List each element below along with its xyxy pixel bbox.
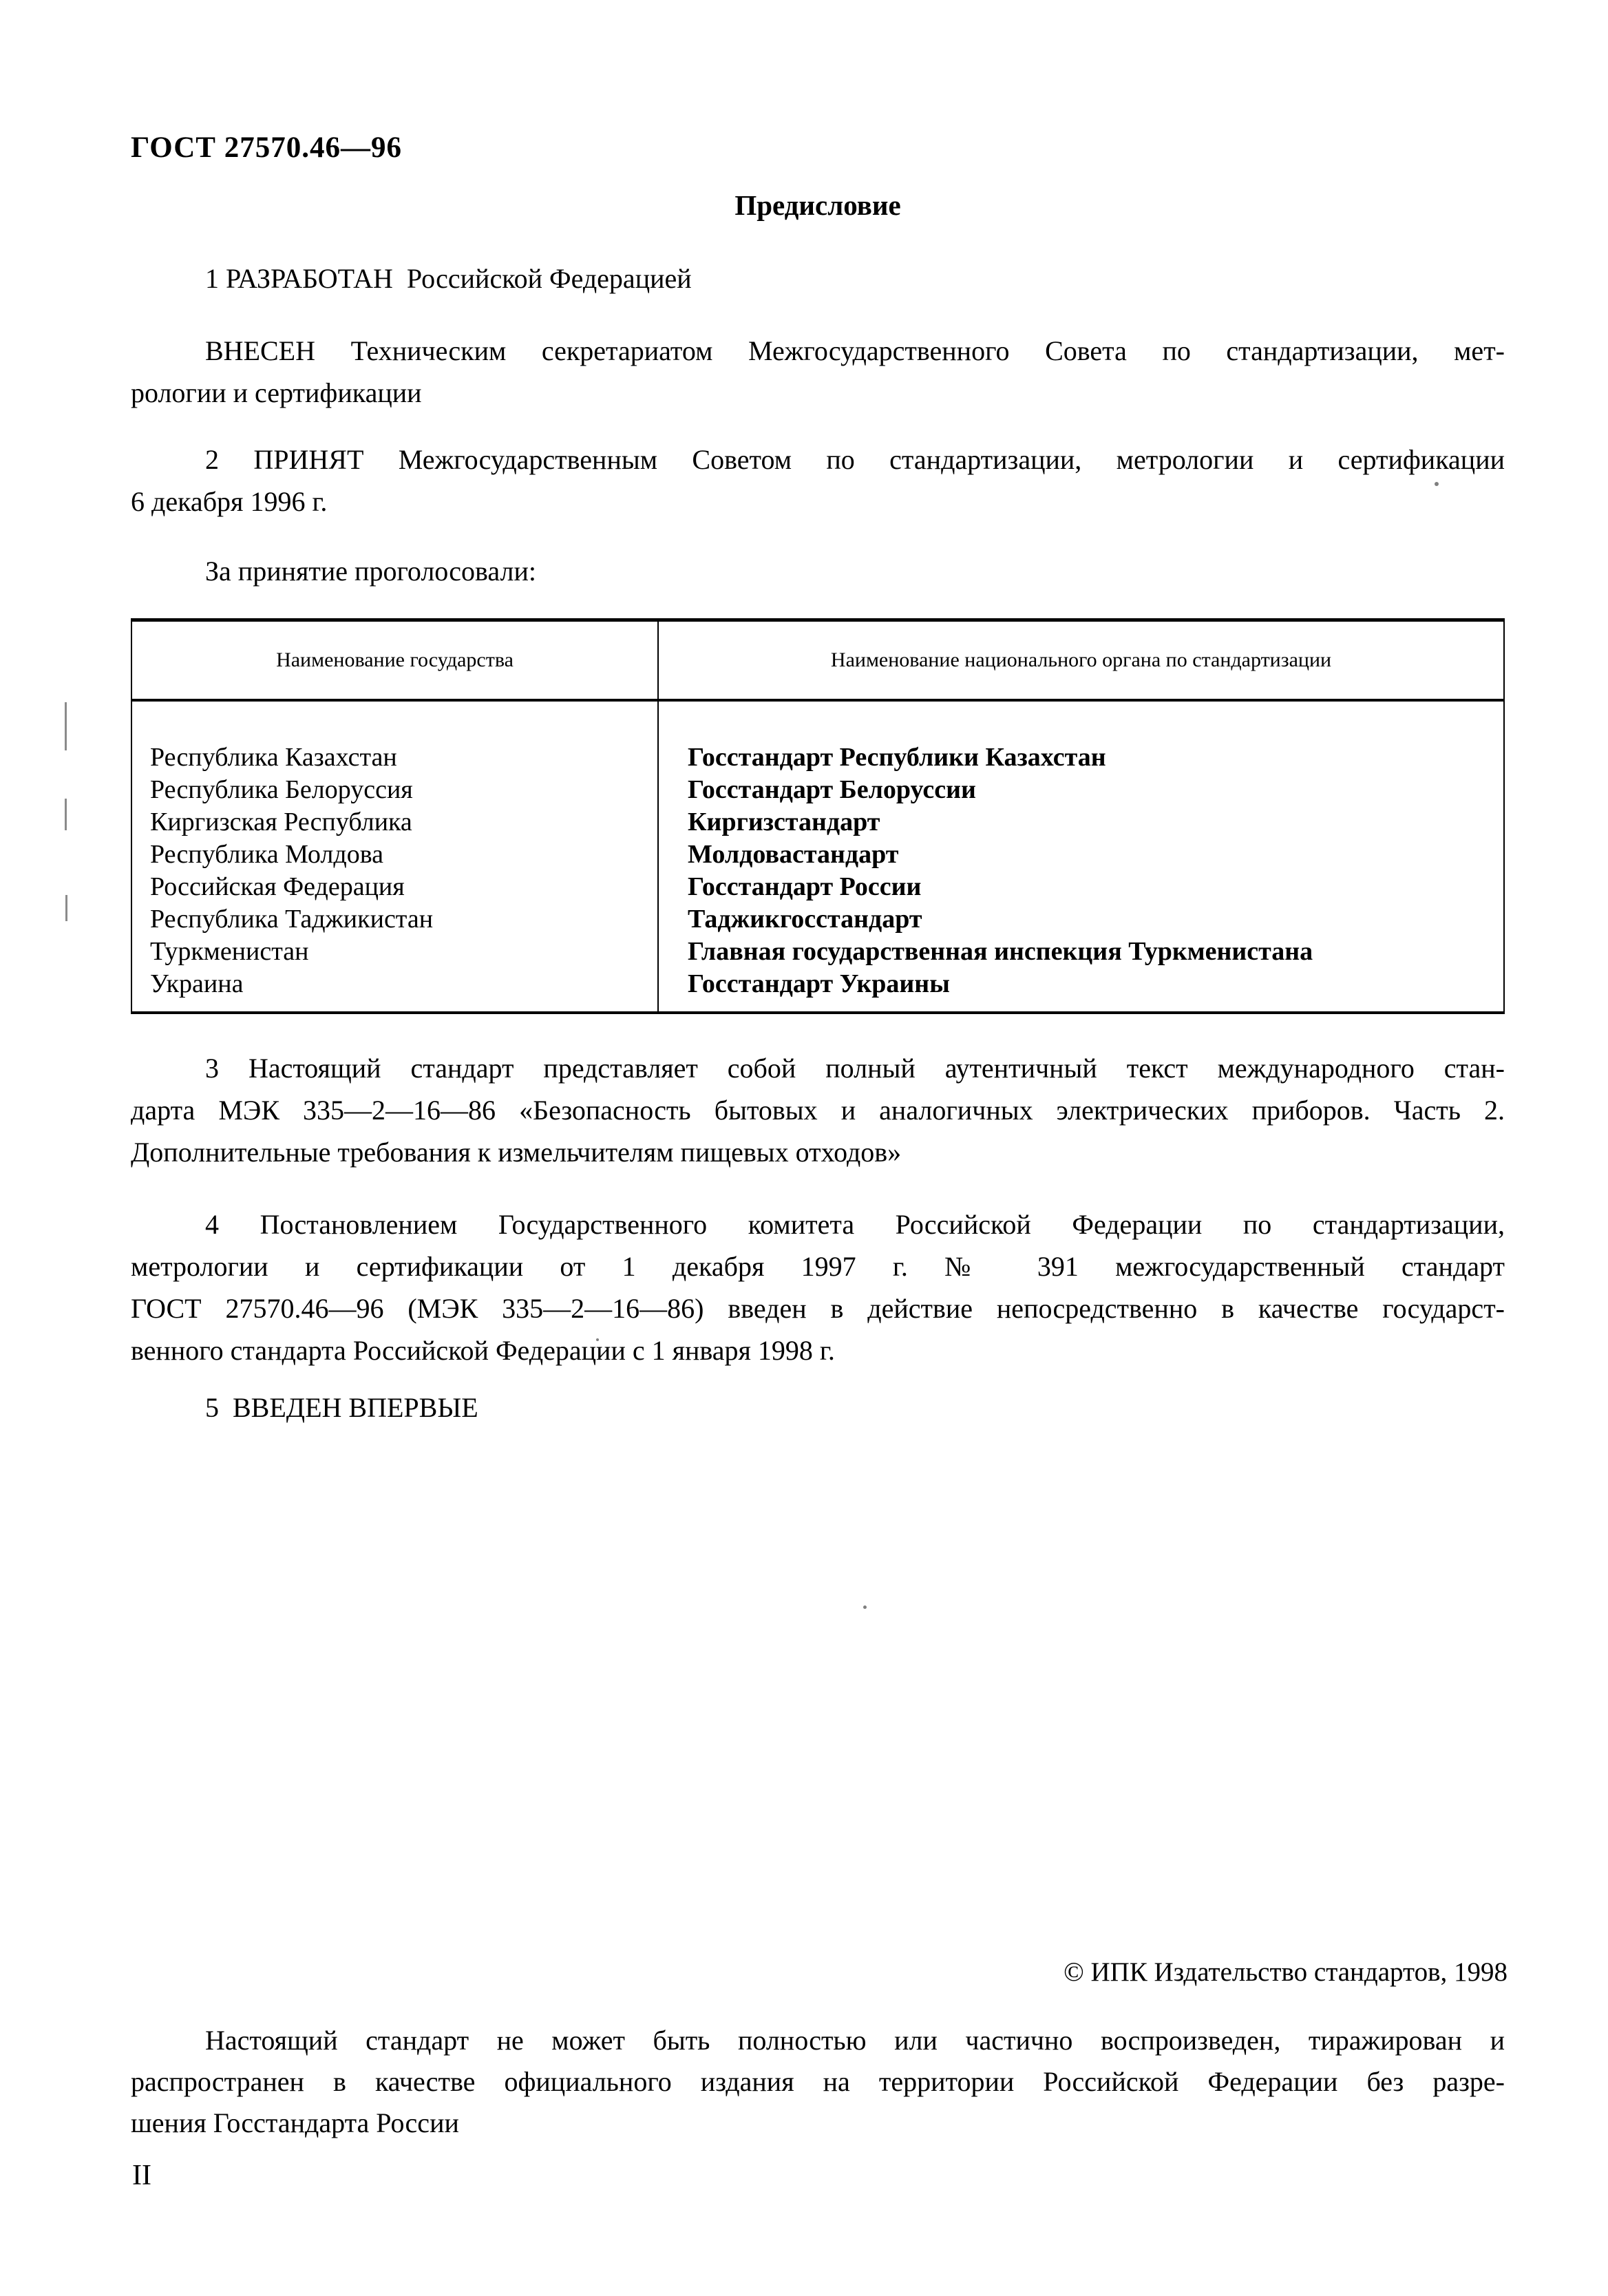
clause-2-accepted: 2 ПРИНЯТ Межгосударственным Советом по с… xyxy=(131,439,1505,523)
table-cell-organ: Госстандарт Украины xyxy=(688,968,1490,1000)
table-cell-country: Республика Белоруссия xyxy=(150,774,644,806)
table-cell-organ: Таджикгосстандарт xyxy=(688,903,1490,936)
vote-table: Наименование государства Наименование на… xyxy=(131,618,1505,1014)
clause-5-first-introduced: 5 ВВЕДЕН ВПЕРВЫЕ xyxy=(131,1387,1505,1429)
paragraph-line: 6 декабря 1996 г. xyxy=(131,481,1505,523)
vote-table-header: Наименование государства Наименование на… xyxy=(132,622,1503,702)
table-cell-country: Киргизская Республика xyxy=(150,806,644,839)
table-cell-country: Республика Казахстан xyxy=(150,741,644,774)
paragraph-line: ГОСТ 27570.46—96 (МЭК 335—2—16—86) введе… xyxy=(131,1287,1505,1329)
paragraph-line: рологии и сертификации xyxy=(131,372,1505,414)
table-cell-country: Туркменистан xyxy=(150,936,644,968)
table-cell-country: Республика Таджикистан xyxy=(150,903,644,936)
vote-table-column-organs: Госстандарт Республики Казахстан Госстан… xyxy=(659,702,1503,1011)
table-cell-organ: Госстандарт Республики Казахстан xyxy=(688,741,1490,774)
reproduction-notice: Настоящий стандарт не может быть полност… xyxy=(131,2020,1505,2144)
vote-table-header-country: Наименование государства xyxy=(132,622,659,699)
table-cell-organ: Молдовастандарт xyxy=(688,839,1490,871)
table-cell-country: Украина xyxy=(150,968,644,1000)
page-number: II xyxy=(132,2159,151,2192)
scan-speck xyxy=(596,1338,599,1341)
clause-4-decree: 4 Постановлением Государственного комите… xyxy=(131,1203,1505,1371)
paragraph-line: 2 ПРИНЯТ Межгосударственным Советом по с… xyxy=(131,439,1505,481)
table-cell-organ: Главная государственная инспекция Туркме… xyxy=(688,936,1490,968)
table-cell-country: Российская Федерация xyxy=(150,871,644,903)
clause-submitted: ВНЕСЕН Техническим секретариатом Межгосу… xyxy=(131,330,1505,414)
table-cell-organ: Госстандарт России xyxy=(688,871,1490,903)
scan-edge-artifact xyxy=(65,702,67,750)
paragraph-line: За принятие проголосовали: xyxy=(131,550,1505,592)
vote-table-body: Республика Казахстан Республика Белорусс… xyxy=(132,702,1503,1011)
vote-table-header-organ: Наименование национального органа по ста… xyxy=(659,622,1503,699)
doc-code: ГОСТ 27570.46—96 xyxy=(131,0,1505,165)
scan-edge-artifact xyxy=(65,799,67,830)
document-page: ГОСТ 27570.46—96 Предисловие 1 РАЗРАБОТА… xyxy=(0,0,1608,2296)
paragraph-line: дарта МЭК 335—2—16—86 «Безопасность быто… xyxy=(131,1089,1505,1131)
paragraph-line: 5 ВВЕДЕН ВПЕРВЫЕ xyxy=(131,1387,1505,1429)
table-cell-country: Республика Молдова xyxy=(150,839,644,871)
paragraph-line: Дополнительные требования к измельчителя… xyxy=(131,1131,1505,1173)
paragraph-line: метрологии и сертификации от 1 декабря 1… xyxy=(131,1245,1505,1287)
scan-edge-artifact xyxy=(65,895,67,921)
paragraph-line: Настоящий стандарт не может быть полност… xyxy=(131,2020,1505,2061)
table-cell-organ: Госстандарт Белоруссии xyxy=(688,774,1490,806)
paragraph-line: 4 Постановлением Государственного комите… xyxy=(131,1203,1505,1245)
clause-3-authentic-text: 3 Настоящий стандарт представляет собой … xyxy=(131,1047,1505,1173)
scan-speck xyxy=(1435,482,1439,486)
paragraph-line: 1 РАЗРАБОТАН Российской Федерацией xyxy=(131,257,1505,299)
scan-speck xyxy=(863,1605,867,1609)
page-content: ГОСТ 27570.46—96 Предисловие 1 РАЗРАБОТА… xyxy=(0,0,1608,1429)
copyright-line: © ИПК Издательство стандартов, 1998 xyxy=(1064,1955,1507,1990)
table-cell-organ: Киргизстандарт xyxy=(688,806,1490,839)
vote-table-column-countries: Республика Казахстан Республика Белорусс… xyxy=(132,702,659,1011)
paragraph-line: ВНЕСЕН Техническим секретариатом Межгосу… xyxy=(131,330,1505,372)
vote-intro: За принятие проголосовали: xyxy=(131,550,1505,592)
paragraph-line: шения Госстандарта России xyxy=(131,2103,1505,2144)
paragraph-line: 3 Настоящий стандарт представляет собой … xyxy=(131,1047,1505,1089)
paragraph-line: венного стандарта Российской Федерации с… xyxy=(131,1329,1505,1371)
paragraph-line: распространен в качестве официального из… xyxy=(131,2061,1505,2103)
page-title: Предисловие xyxy=(131,189,1505,222)
clause-1-developed: 1 РАЗРАБОТАН Российской Федерацией xyxy=(131,257,1505,299)
